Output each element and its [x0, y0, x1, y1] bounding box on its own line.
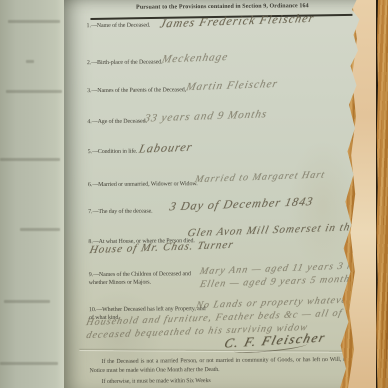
field-label-marital-status: 6.—Married or unmarried, Widower or Wido…	[88, 181, 198, 188]
ghost-print-line	[0, 362, 58, 365]
form-content: Pursuant to the Provisions contained in …	[62, 0, 365, 388]
ghost-print-line	[6, 90, 62, 93]
form-header: Pursuant to the Provisions contained in …	[92, 3, 352, 11]
ghost-print-line	[8, 20, 60, 23]
scanned-document-photo: Pursuant to the Provisions contained in …	[0, 0, 388, 388]
field-label-condition-in-life: 5.—Condition in life.	[88, 149, 138, 155]
field-label-name-of-deceased: 1.—Name of the Deceased.	[87, 23, 151, 30]
field-label-age: 4.—Age of the Deceased.	[87, 119, 147, 126]
ghost-print-line	[4, 300, 50, 303]
field-label-children: 9.—Names of the Children of Deceased and…	[89, 271, 211, 287]
field-label-birthplace: 2.—Birth-place of the Deceased.	[87, 59, 163, 66]
footnote-second: If otherwise, it must be made within Six…	[90, 376, 352, 387]
field-value-parents: Martin Fleischer	[185, 78, 279, 93]
death-notice-form-page: Pursuant to the Provisions contained in …	[64, 0, 364, 388]
ghost-print-line	[20, 228, 60, 231]
ghost-print-line	[26, 60, 34, 63]
page-crease	[79, 350, 355, 353]
footnote-first: If the Deceased is not a married Person,…	[89, 356, 351, 376]
ghost-print-line	[0, 158, 60, 161]
field-value-day-of-decease: 3 Day of December 1843	[168, 194, 315, 214]
field-value-place-of-death-line1: Glen Avon Mill Somerset in the	[186, 221, 357, 239]
field-value-marital-status: Married to Margaret Hart	[194, 169, 326, 185]
field-value-name-of-deceased: James Frederick Fleischer	[159, 11, 316, 32]
field-value-age: 33 years and 9 Months	[143, 108, 268, 124]
field-label-parents: 3.—Names of the Parents of the Deceased,	[87, 87, 186, 94]
field-value-birthplace: Meckenhage	[161, 51, 230, 65]
field-value-condition-in-life: Labourer	[138, 140, 194, 157]
field-label-day-of-decease: 7.—The day of the decease.	[88, 209, 152, 216]
